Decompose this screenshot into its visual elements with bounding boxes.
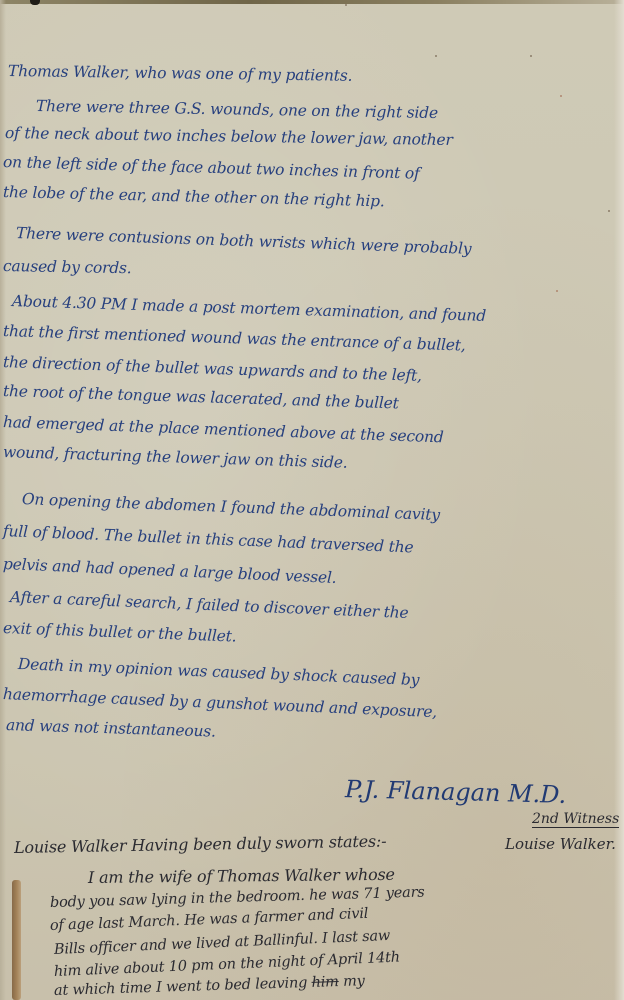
testimony-line: on the left side of the face about two i… [3,153,420,183]
document-page: Thomas Walker, who was one of my patient… [0,0,624,1000]
testimony-line: full of blood. The bullet in this case h… [3,522,414,556]
testimony-line: the lobe of the ear, and the other on th… [3,183,385,210]
paper-speck [530,55,532,57]
testimony-line: After a careful search, I failed to disc… [10,588,409,622]
testimony-line: pelvis and had opened a large blood vess… [3,555,337,587]
testimony-line: that the first mentioned wound was the e… [3,322,466,355]
testimony-line: Thomas Walker, who was one of my patient… [8,62,353,85]
paper-speck [608,210,610,212]
testimony-line: There were three G.S. wounds, one on the… [36,97,438,122]
binding-tab-stain [12,880,21,1000]
witness-line-text: at which time I went to bed leaving [54,975,308,999]
testimony-line: caused by cords. [3,257,132,277]
witness-line: I am the wife of Thomas Walker whose [88,865,395,887]
binding-mark [30,0,40,5]
page-left-edge [0,0,6,1000]
witness-intro: Louise Walker Having been duly sworn sta… [14,832,387,857]
testimony-line: the root of the tongue was lacerated, an… [3,382,399,412]
witness-label: 2nd Witness [532,812,619,828]
page-top-edge [0,0,624,4]
testimony-line: exit of this bullet or the bullet. [3,619,237,646]
testimony-line: Death in my opinion was caused by shock … [18,655,420,689]
paper-speck [560,95,562,97]
testimony-line: On opening the abdomen I found the abdom… [22,490,441,524]
witness-name: Louise Walker. [505,835,616,853]
witness-line: of age last March. He was a farmer and c… [50,906,369,934]
testimony-line: haemorrhage caused by a gunshot wound an… [3,685,438,721]
struck-word: him [311,974,339,991]
doctor-signature: P.J. Flanagan M.D. [345,775,567,809]
testimony-line: About 4.30 PM I made a post mortem exami… [12,292,487,325]
testimony-line: and was not instantaneous. [6,716,216,741]
testimony-line: had emerged at the place mentioned above… [3,413,444,446]
testimony-line: the direction of the bullet was upwards … [3,353,422,385]
testimony-line: There were contusions on both wrists whi… [16,224,472,258]
paper-speck [345,4,347,6]
testimony-line: wound, fracturing the lower jaw on this … [3,443,348,472]
testimony-line: of the neck about two inches below the l… [5,124,453,149]
witness-line: body you saw lying in the bedroom. he wa… [50,885,425,911]
paper-speck [556,290,558,292]
after-strike-word: my [343,973,365,990]
paper-speck [435,55,437,57]
